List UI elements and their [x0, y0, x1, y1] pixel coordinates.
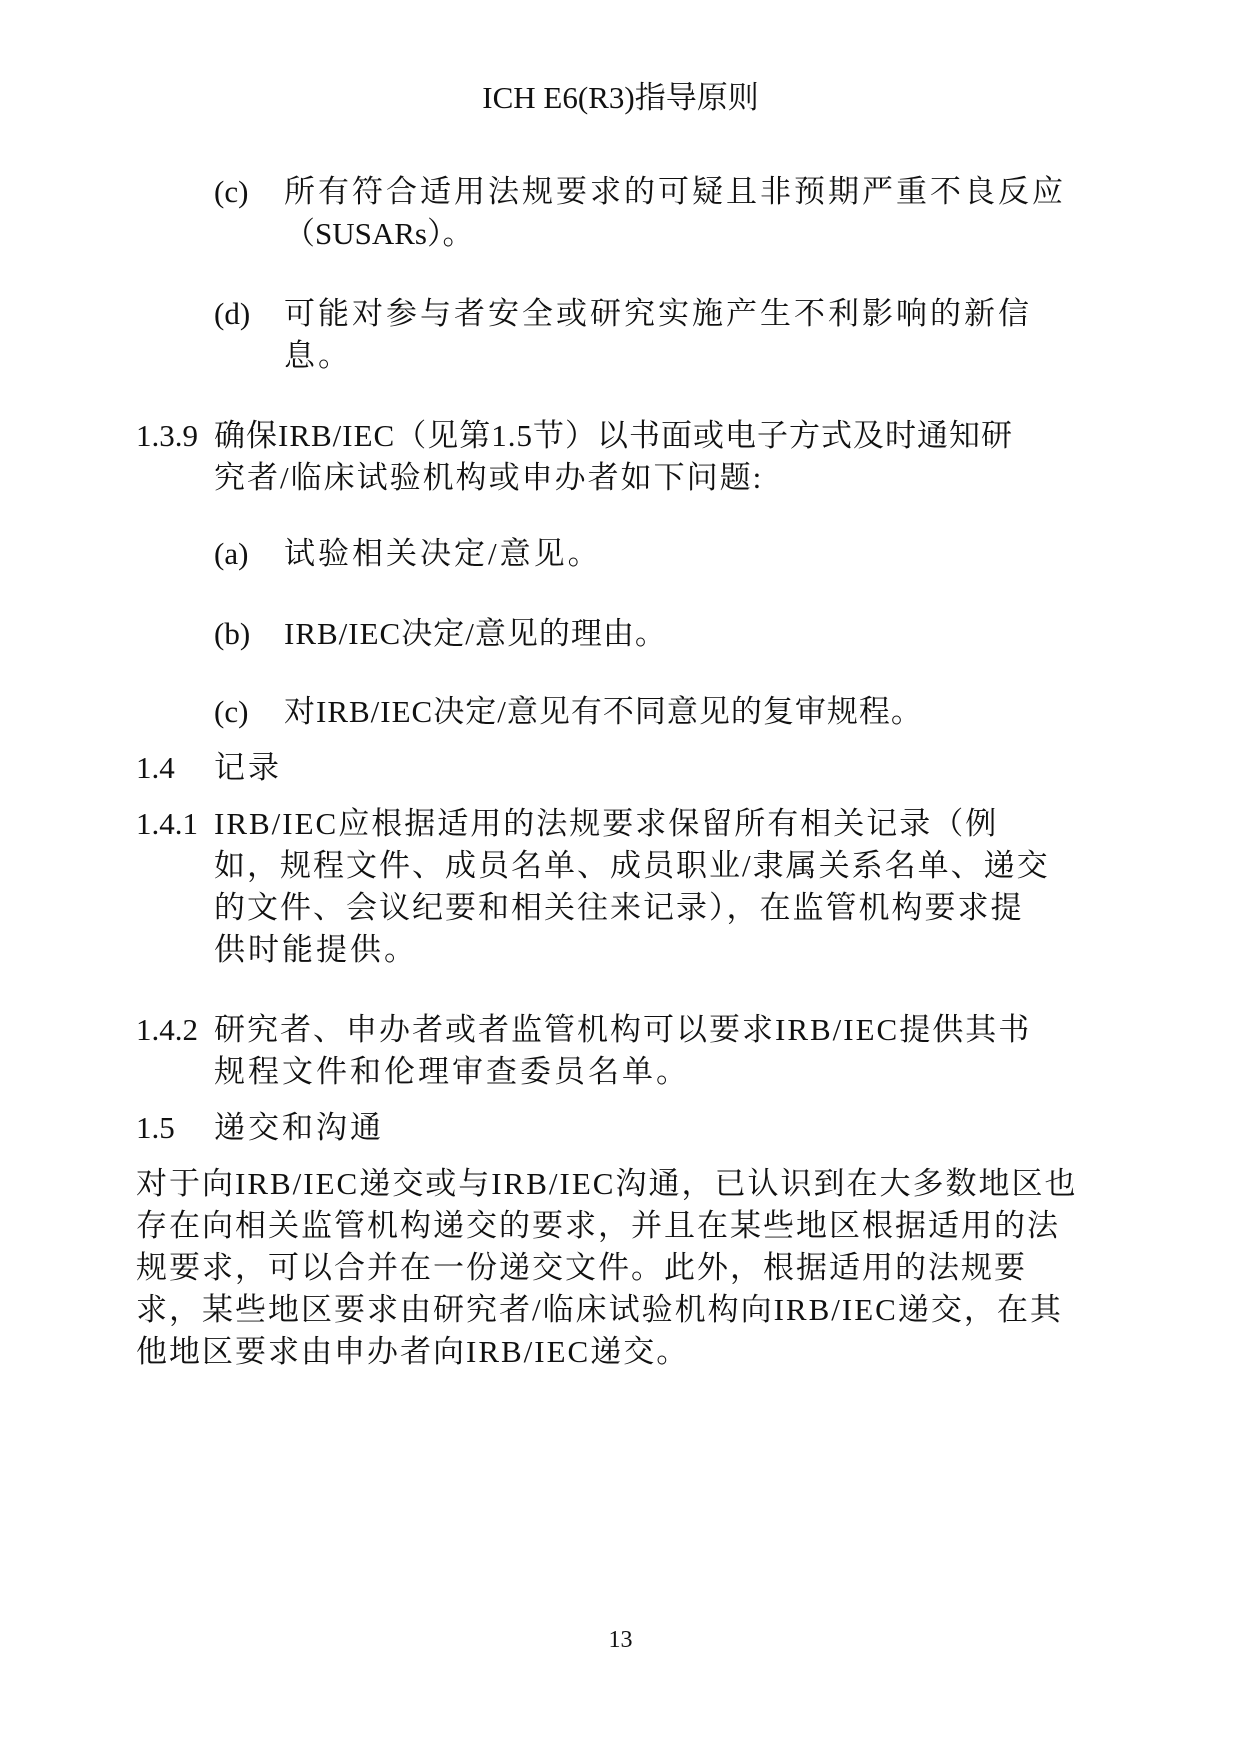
- item-text-line: 可能对参与者安全或研究实施产生不利影响的新信: [284, 294, 1032, 334]
- page-header-title: ICH E6(R3)指导原则: [0, 78, 1241, 118]
- item-label: (b): [214, 614, 250, 654]
- section-text-line: IRB/IEC应根据适用的法规要求保留所有相关记录（例: [214, 804, 998, 844]
- section-number: 1.4: [136, 748, 175, 788]
- item-text-line: 对IRB/IEC决定/意见有不同意见的复审规程。: [284, 692, 923, 732]
- item-text-line: （SUSARs）。: [284, 214, 474, 254]
- item-label: (c): [214, 172, 248, 212]
- item-text-line: 息。: [284, 336, 352, 376]
- section-number: 1.4.2: [136, 1010, 198, 1050]
- paragraph-line: 他地区要求由申办者向IRB/IEC递交。: [136, 1332, 689, 1372]
- section-text-line: 供时能提供。: [214, 930, 418, 970]
- item-label: (a): [214, 534, 248, 574]
- section-text-line: 确保IRB/IEC（见第1.5节）以书面或电子方式及时通知研: [214, 416, 1013, 456]
- section-text-line: 研究者、申办者或者监管机构可以要求IRB/IEC提供其书: [214, 1010, 1031, 1050]
- paragraph-line: 对于向IRB/IEC递交或与IRB/IEC沟通，已认识到在大多数地区也: [136, 1164, 1077, 1204]
- item-text-line: 所有符合适用法规要求的可疑且非预期严重不良反应: [284, 172, 1066, 212]
- paragraph-line: 求，某些地区要求由研究者/临床试验机构向IRB/IEC递交，在其: [136, 1290, 1063, 1330]
- section-number: 1.5: [136, 1108, 175, 1148]
- page-number: 13: [0, 1625, 1241, 1655]
- section-text-line: 究者/临床试验机构或申办者如下问题:: [214, 458, 763, 498]
- paragraph-line: 规要求，可以合并在一份递交文件。此外，根据适用的法规要: [136, 1248, 1027, 1288]
- section-title: 递交和沟通: [214, 1108, 384, 1148]
- item-label: (c): [214, 692, 248, 732]
- section-text-line: 的文件、会议纪要和相关往来记录），在监管机构要求提: [214, 888, 1024, 928]
- section-text-line: 规程文件和伦理审查委员名单。: [214, 1052, 690, 1092]
- section-title: 记录: [214, 748, 282, 788]
- section-number: 1.4.1: [136, 804, 198, 844]
- paragraph-line: 存在向相关监管机构递交的要求，并且在某些地区根据适用的法: [136, 1206, 1060, 1246]
- section-number: 1.3.9: [136, 416, 198, 456]
- item-label: (d): [214, 294, 250, 334]
- item-text-line: 试验相关决定/意见。: [284, 534, 602, 574]
- item-text-line: IRB/IEC决定/意见的理由。: [284, 614, 667, 654]
- section-text-line: 如，规程文件、成员名单、成员职业/隶属关系名单、递交: [214, 846, 1050, 886]
